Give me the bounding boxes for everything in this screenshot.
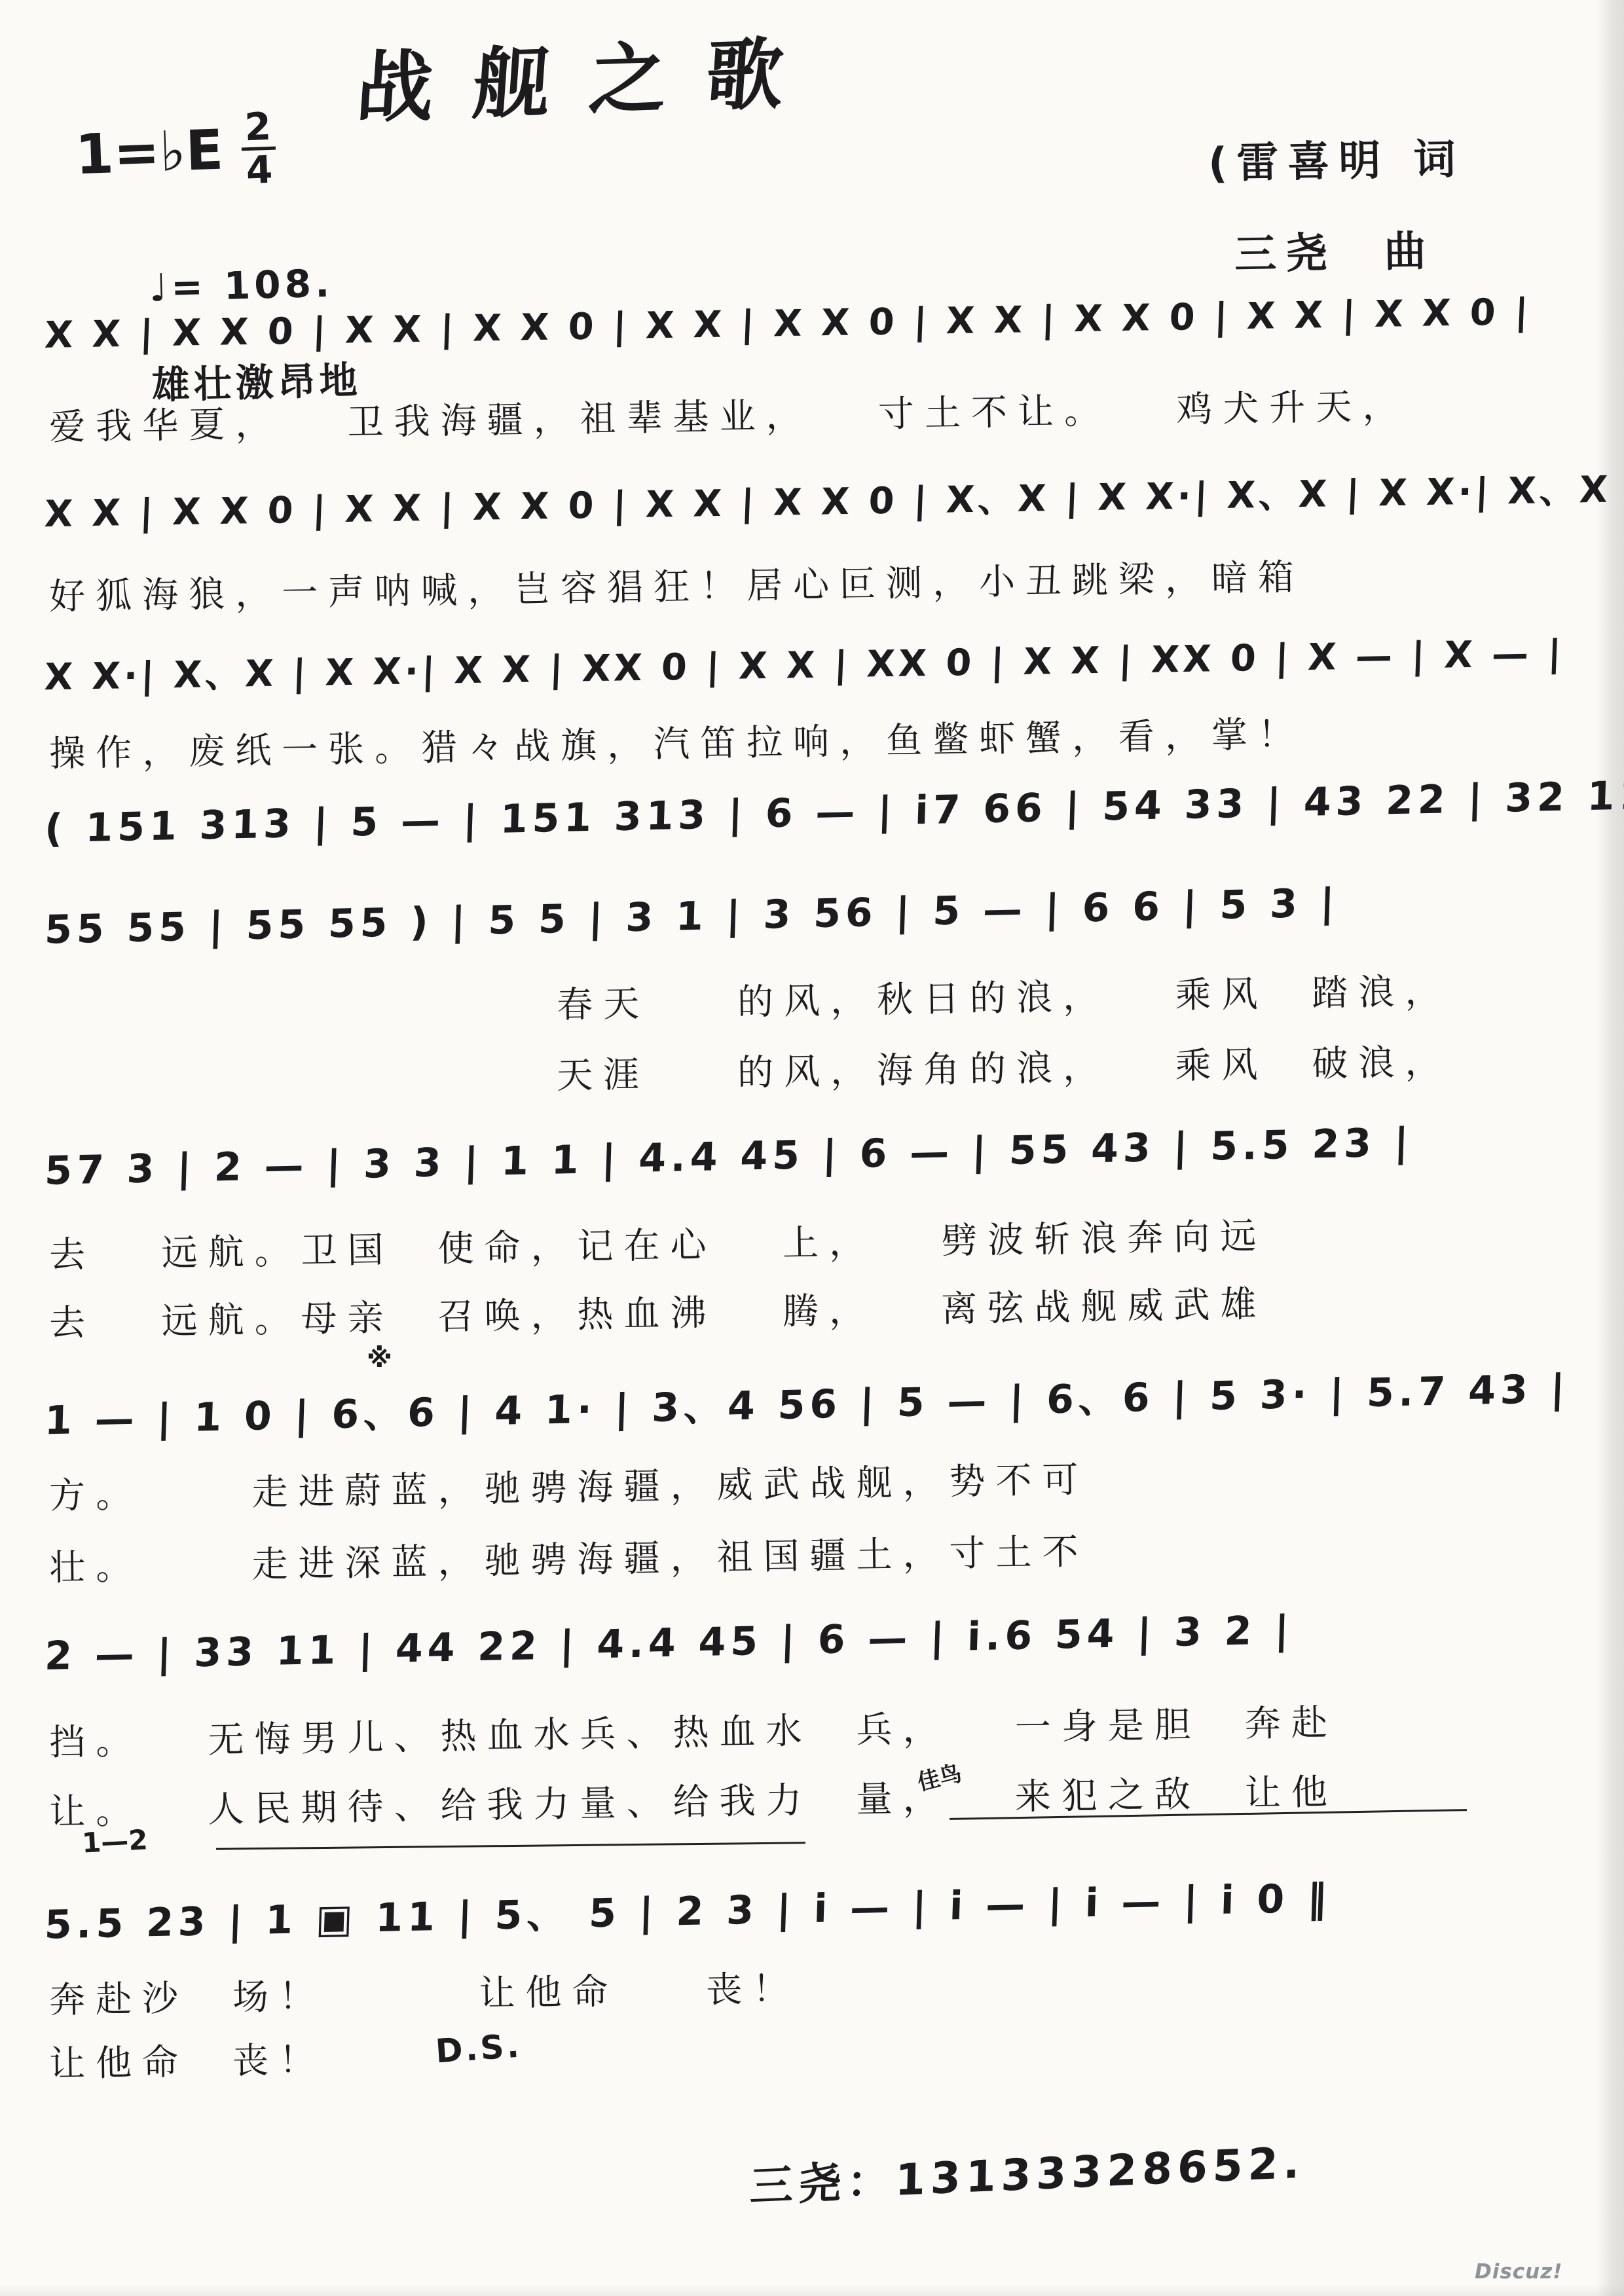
music-manuscript-page: 战舰之歌 1=♭E 2 4 ♩= 108. 雄壮激昂地 (雷喜明 词 三尧 曲 … (0, 0, 1624, 2296)
key-time-signature: 1=♭E 2 4 (74, 107, 277, 196)
lyric-line: 操作，废纸一张。猎々战旗，汽笛拉响，鱼鳖虾蟹，看，掌！ (48, 705, 1304, 776)
lyric-line-verse2: 让。 人民期待、给我力量、给我力 量， 来犯之敌 让他 (49, 1763, 1338, 1835)
lyric-line-verse2: 去 远航。母亲 召唤，热血沸 腾， 离弦战舰威武雄 (48, 1275, 1266, 1345)
melody-line: 55 55 | 55 55 ) | 5 5 | 3 1 | 3 56 | 5 —… (44, 880, 1340, 953)
segno-mark: ※ (367, 1343, 392, 1374)
ds-marking: D.S. (434, 2026, 523, 2070)
lyric-line-verse2: 天涯 的风，海角的浪， 乘风 破浪， (556, 1032, 1451, 1098)
melody-line: 5.5 23 | 1 ▣ 11 | 5、 5 | 2 3 | i — | i —… (44, 1867, 1333, 1950)
volta-label: 1—2 (81, 1823, 149, 1859)
lyric-line-verse1: 方。 走进蔚蓝，驰骋海疆，威武战舰，势不可 (48, 1451, 1088, 1519)
lyric-line-verse1: 挡。 无悔男儿、热血水兵、热血水 兵， 一身是胆 奔赴 (49, 1694, 1338, 1766)
melody-line: ( 151 313 | 5 — | 151 313 | 6 — | i7 66 … (44, 772, 1624, 852)
volta-line (216, 1842, 805, 1850)
song-title: 战舰之歌 (353, 10, 827, 137)
lyricist-credit: (雷喜明 词 (1208, 126, 1465, 191)
scan-edge-right (1596, 0, 1624, 2296)
melody-line: 2 — | 33 11 | 44 22 | 4.4 45 | 6 — | i.6… (44, 1607, 1294, 1679)
composer-contact: 三尧：13133328652. (749, 2127, 1306, 2214)
time-denominator: 4 (246, 150, 273, 191)
time-numerator: 2 (240, 107, 276, 151)
scan-edge-bottom (0, 2284, 1624, 2296)
melody-line: 1 — | 1 0 | 6、6 | 4 1· | 3、4 56 | 5 — | … (44, 1358, 1570, 1446)
lyric-line: 好狐海狼，一声呐喊，岂容猖狂！居心叵测，小丑跳梁，暗箱 (48, 548, 1304, 619)
composer-credit: 三尧 曲 (1234, 217, 1435, 281)
notation-line: X X | X X 0 | X X | X X 0 | X X | X X 0 … (44, 460, 1624, 538)
notation-line: X X·| X、X | X X·| X X | XX 0 | X X | XX … (44, 625, 1566, 701)
lyric-line-verse2: 壮。 走进深蓝，驰骋海疆，祖国疆土，寸土不 (48, 1523, 1088, 1591)
time-signature: 2 4 (240, 107, 278, 191)
lyric-line-verse1: 春天 的风，秋日的浪， 乘风 踏浪， (556, 962, 1451, 1027)
lyric-line-verse2: 让他命 丧！ (48, 2031, 325, 2087)
lyric-line-verse1: 奔赴沙 场！ 让他命 丧！ (48, 1959, 799, 2023)
melody-line: 57 3 | 2 — | 3 3 | 1 1 | 4.4 45 | 6 — | … (44, 1120, 1414, 1194)
discuz-watermark: Discuz! (1475, 2260, 1562, 2284)
key-signature: 1=♭E (74, 118, 224, 187)
lyric-line-verse1: 去 远航。卫国 使命，记在心 上， 劈波斩浪奔向远 (48, 1207, 1266, 1277)
tempo-marking: ♩= 108. (149, 261, 334, 310)
